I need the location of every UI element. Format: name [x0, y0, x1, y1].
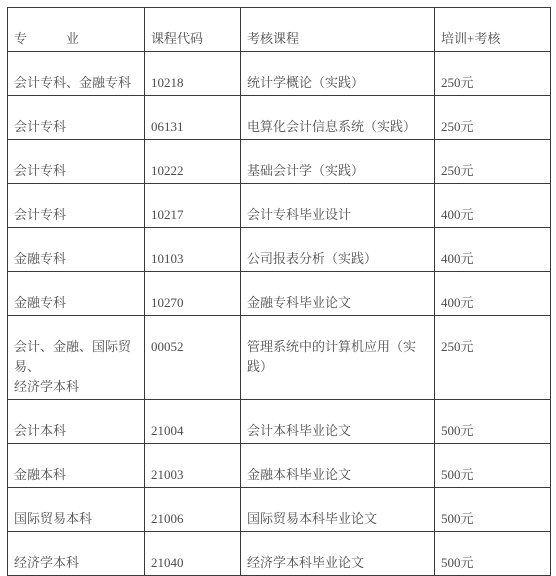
- major-cell: 国际贸易本科: [8, 488, 145, 532]
- table-row: 金融专科 10103 公司报表分析（实践） 400元: [8, 228, 551, 272]
- fee-cell: 400元: [435, 272, 551, 316]
- fee-cell: 250元: [435, 316, 551, 400]
- course-code-cell: 10218: [145, 52, 241, 96]
- fee-cell: 500元: [435, 444, 551, 488]
- course-name-cell: 基础会计学（实践）: [241, 140, 435, 184]
- course-name-cell: 金融专科毕业论文: [241, 272, 435, 316]
- table-row: 会计专科 10217 会计专科毕业设计 400元: [8, 184, 551, 228]
- course-code-cell: 21004: [145, 400, 241, 444]
- table-row: 金融本科 21003 金融本科毕业论文 500元: [8, 444, 551, 488]
- fee-cell: 500元: [435, 488, 551, 532]
- major-cell: 金融本科: [8, 444, 145, 488]
- table-row: 会计专科 10222 基础会计学（实践） 250元: [8, 140, 551, 184]
- course-name-cell: 经济学本科毕业论文: [241, 532, 435, 555]
- course-name-cell: 金融本科毕业论文: [241, 444, 435, 488]
- header-training-fee: 培训+考核: [435, 8, 551, 52]
- major-cell: 会计专科、金融专科: [8, 52, 145, 96]
- major-cell: 会计专科: [8, 96, 145, 140]
- course-name-cell: 会计专科毕业设计: [241, 184, 435, 228]
- course-name-cell: 管理系统中的计算机应用（实践）: [241, 316, 435, 400]
- course-code-cell: 00052: [145, 316, 241, 400]
- course-name-cell: 电算化会计信息系统（实践）: [241, 96, 435, 140]
- course-code-cell: 10222: [145, 140, 241, 184]
- major-cell: 会计本科: [8, 400, 145, 444]
- table-header-row: 专 业 课程代码 考核课程 培训+考核: [8, 8, 551, 52]
- major-cell: 会计、金融、国际贸易、 经济学本科: [8, 316, 145, 400]
- course-code-cell: 10270: [145, 272, 241, 316]
- header-assessed-course: 考核课程: [241, 8, 435, 52]
- course-code-cell: 10103: [145, 228, 241, 272]
- major-cell: 金融专科: [8, 228, 145, 272]
- course-name-cell: 统计学概论（实践）: [241, 52, 435, 96]
- course-code-cell: 06131: [145, 96, 241, 140]
- header-course-code: 课程代码: [145, 8, 241, 52]
- major-cell: 金融专科: [8, 272, 145, 316]
- table-row: 会计专科、金融专科 10218 统计学概论（实践） 250元: [8, 52, 551, 96]
- course-fee-table: 专 业 课程代码 考核课程 培训+考核 会计专科、金融专科 10218 统计学概…: [7, 7, 551, 554]
- header-major: 专 业: [8, 8, 145, 52]
- table-row: 会计专科 06131 电算化会计信息系统（实践） 250元: [8, 96, 551, 140]
- course-code-cell: 21040: [145, 532, 241, 555]
- fee-table-container: 专 业 课程代码 考核课程 培训+考核 会计专科、金融专科 10218 统计学概…: [7, 7, 551, 554]
- major-cell: 会计专科: [8, 140, 145, 184]
- course-code-cell: 21006: [145, 488, 241, 532]
- course-name-cell: 公司报表分析（实践）: [241, 228, 435, 272]
- fee-cell: 500元: [435, 400, 551, 444]
- major-cell: 会计专科: [8, 184, 145, 228]
- fee-cell: 250元: [435, 140, 551, 184]
- table-row: 会计本科 21004 会计本科毕业论文 500元: [8, 400, 551, 444]
- fee-cell: 250元: [435, 96, 551, 140]
- table-row: 经济学本科 21040 经济学本科毕业论文 500元: [8, 532, 551, 555]
- table-row: 国际贸易本科 21006 国际贸易本科毕业论文 500元: [8, 488, 551, 532]
- table-row: 金融专科 10270 金融专科毕业论文 400元: [8, 272, 551, 316]
- table-row: 会计、金融、国际贸易、 经济学本科 00052 管理系统中的计算机应用（实践） …: [8, 316, 551, 400]
- fee-cell: 400元: [435, 184, 551, 228]
- fee-cell: 400元: [435, 228, 551, 272]
- major-cell: 经济学本科: [8, 532, 145, 555]
- course-name-cell: 会计本科毕业论文: [241, 400, 435, 444]
- course-code-cell: 10217: [145, 184, 241, 228]
- fee-cell: 500元: [435, 532, 551, 555]
- course-name-cell: 国际贸易本科毕业论文: [241, 488, 435, 532]
- course-code-cell: 21003: [145, 444, 241, 488]
- fee-cell: 250元: [435, 52, 551, 96]
